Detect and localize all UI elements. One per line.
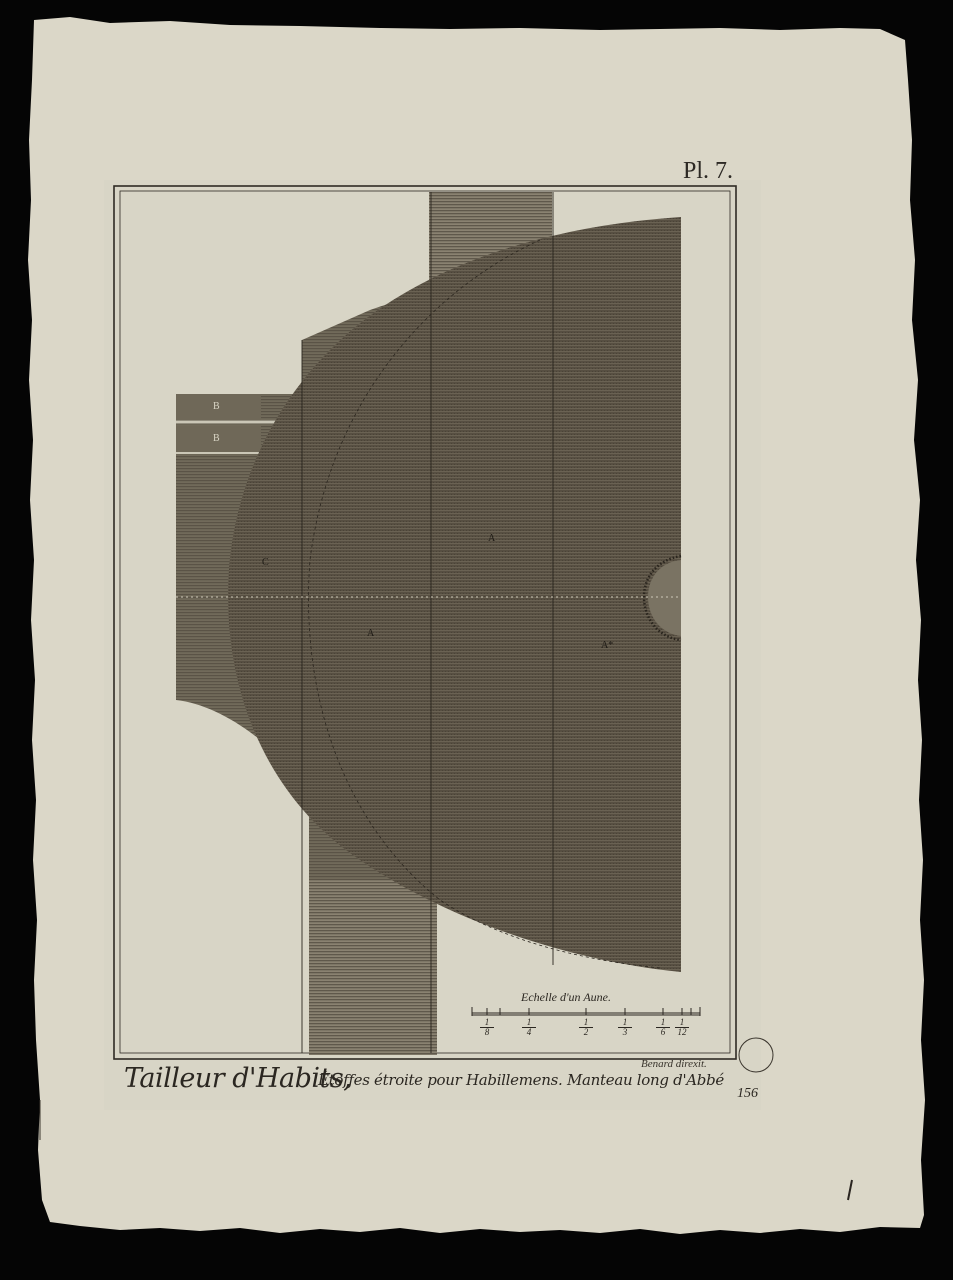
- scale-fraction: 12: [579, 1018, 593, 1037]
- plate-number: Pl. 7.: [683, 158, 733, 185]
- scale-fraction: 18: [480, 1018, 494, 1037]
- label-b1: B: [213, 401, 220, 412]
- label-a-star: A*: [601, 640, 613, 651]
- scale-fraction: 14: [522, 1018, 536, 1037]
- label-a-upper: A: [488, 533, 495, 544]
- scale-fraction: 13: [618, 1018, 632, 1037]
- fabric-strip-bottom: [309, 880, 437, 1055]
- plate-title-subtitle: Étoffes étroite pour Habillemens. Mantea…: [318, 1071, 724, 1089]
- label-a-lower: A: [367, 628, 374, 639]
- engraver-credit: Benard direxit.: [641, 1058, 707, 1070]
- scale-title: Echelle d'un Aune.: [521, 990, 611, 1005]
- scale-fraction: 16: [656, 1018, 670, 1037]
- label-b2: B: [213, 433, 220, 444]
- label-c: C: [262, 557, 269, 568]
- scale-fraction: 112: [675, 1018, 689, 1037]
- page-number: 156: [737, 1086, 758, 1102]
